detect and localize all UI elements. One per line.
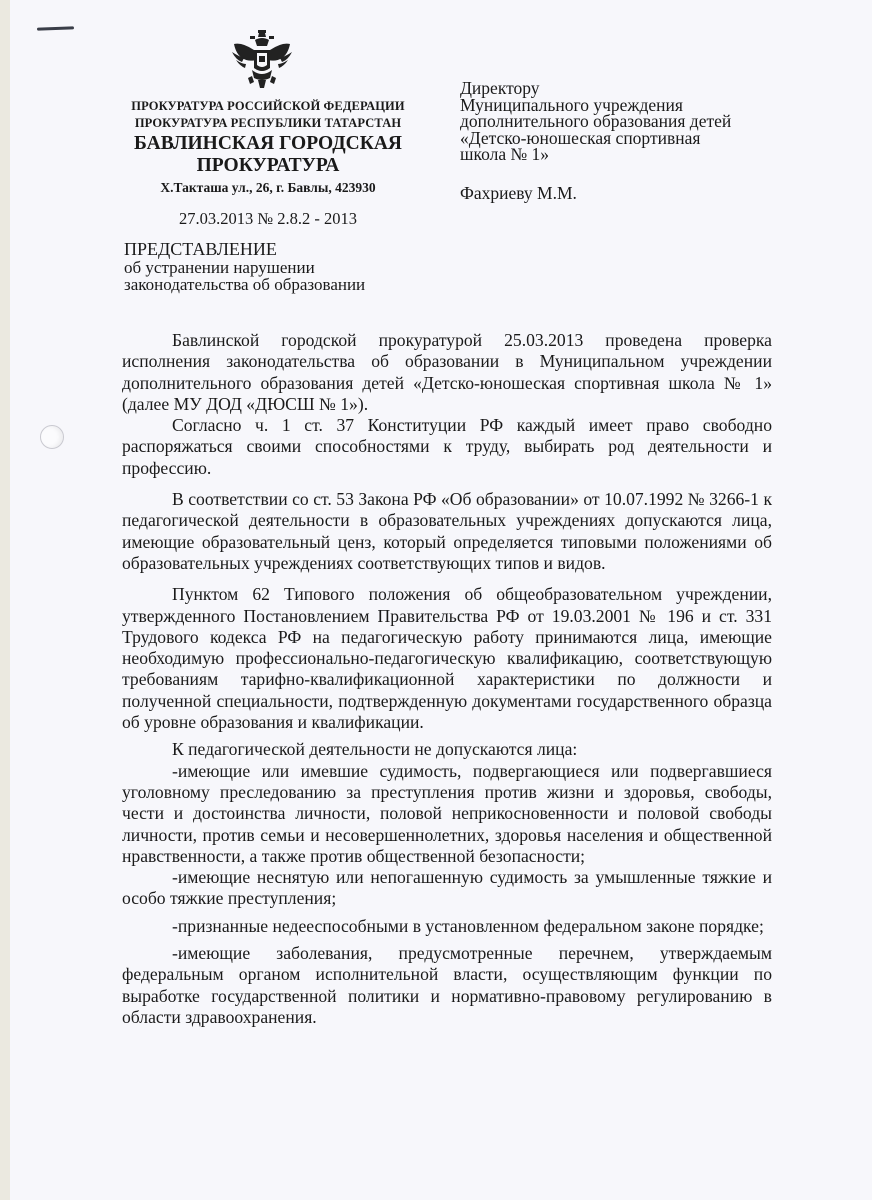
document-body: Бавлинской городской прокуратурой 25.03.… xyxy=(122,330,772,1028)
addressee-line: школа № 1» xyxy=(460,146,820,163)
document-title: ПРЕДСТАВЛЕНИЕ об устранении нарушении за… xyxy=(124,240,365,293)
list-item: -имеющие заболевания, предусмотренные пе… xyxy=(122,943,772,1028)
addressee-block: Директору Муниципального учреждения допо… xyxy=(460,80,820,201)
org-line-2: ПРОКУРАТУРА РЕСПУБЛИКИ ТАТАРСТАН xyxy=(118,115,418,132)
document-subtitle-line-2: законодательства об образовании xyxy=(124,276,365,293)
document-date-number: 27.03.2013 № 2.8.2 - 2013 xyxy=(118,208,418,230)
body-paragraph: Пунктом 62 Типового положения об общеобр… xyxy=(122,584,772,733)
addressee-name: Фахриеву М.М. xyxy=(460,185,820,202)
list-item: -имеющие неснятую или непогашенную судим… xyxy=(122,867,772,910)
body-paragraph: Согласно ч. 1 ст. 37 Конституции РФ кажд… xyxy=(122,415,772,479)
punch-hole xyxy=(40,425,64,449)
org-line-1: ПРОКУРАТУРА РОССИЙСКОЙ ФЕДЕРАЦИИ xyxy=(118,98,418,115)
list-item: -имеющие или имевшие судимость, подверга… xyxy=(122,761,772,867)
russian-coat-of-arms-icon xyxy=(228,28,296,90)
body-paragraph: Бавлинской городской прокуратурой 25.03.… xyxy=(122,330,772,415)
letterhead: ПРОКУРАТУРА РОССИЙСКОЙ ФЕДЕРАЦИИ ПРОКУРА… xyxy=(118,98,418,230)
org-address: Х.Такташа ул., 26, г. Бавлы, 423930 xyxy=(118,178,418,198)
list-item: -признанные недееспособными в установлен… xyxy=(122,916,772,937)
document-subtitle-line-1: об устранении нарушении xyxy=(124,259,365,276)
body-paragraph: К педагогической деятельности не допуска… xyxy=(122,739,772,760)
document-heading: ПРЕДСТАВЛЕНИЕ xyxy=(124,240,365,259)
org-name-line-1: БАВЛИНСКАЯ ГОРОДСКАЯ xyxy=(118,133,418,154)
org-name-line-2: ПРОКУРАТУРА xyxy=(118,155,418,176)
body-paragraph: В соответствии со ст. 53 Закона РФ «Об о… xyxy=(122,489,772,574)
